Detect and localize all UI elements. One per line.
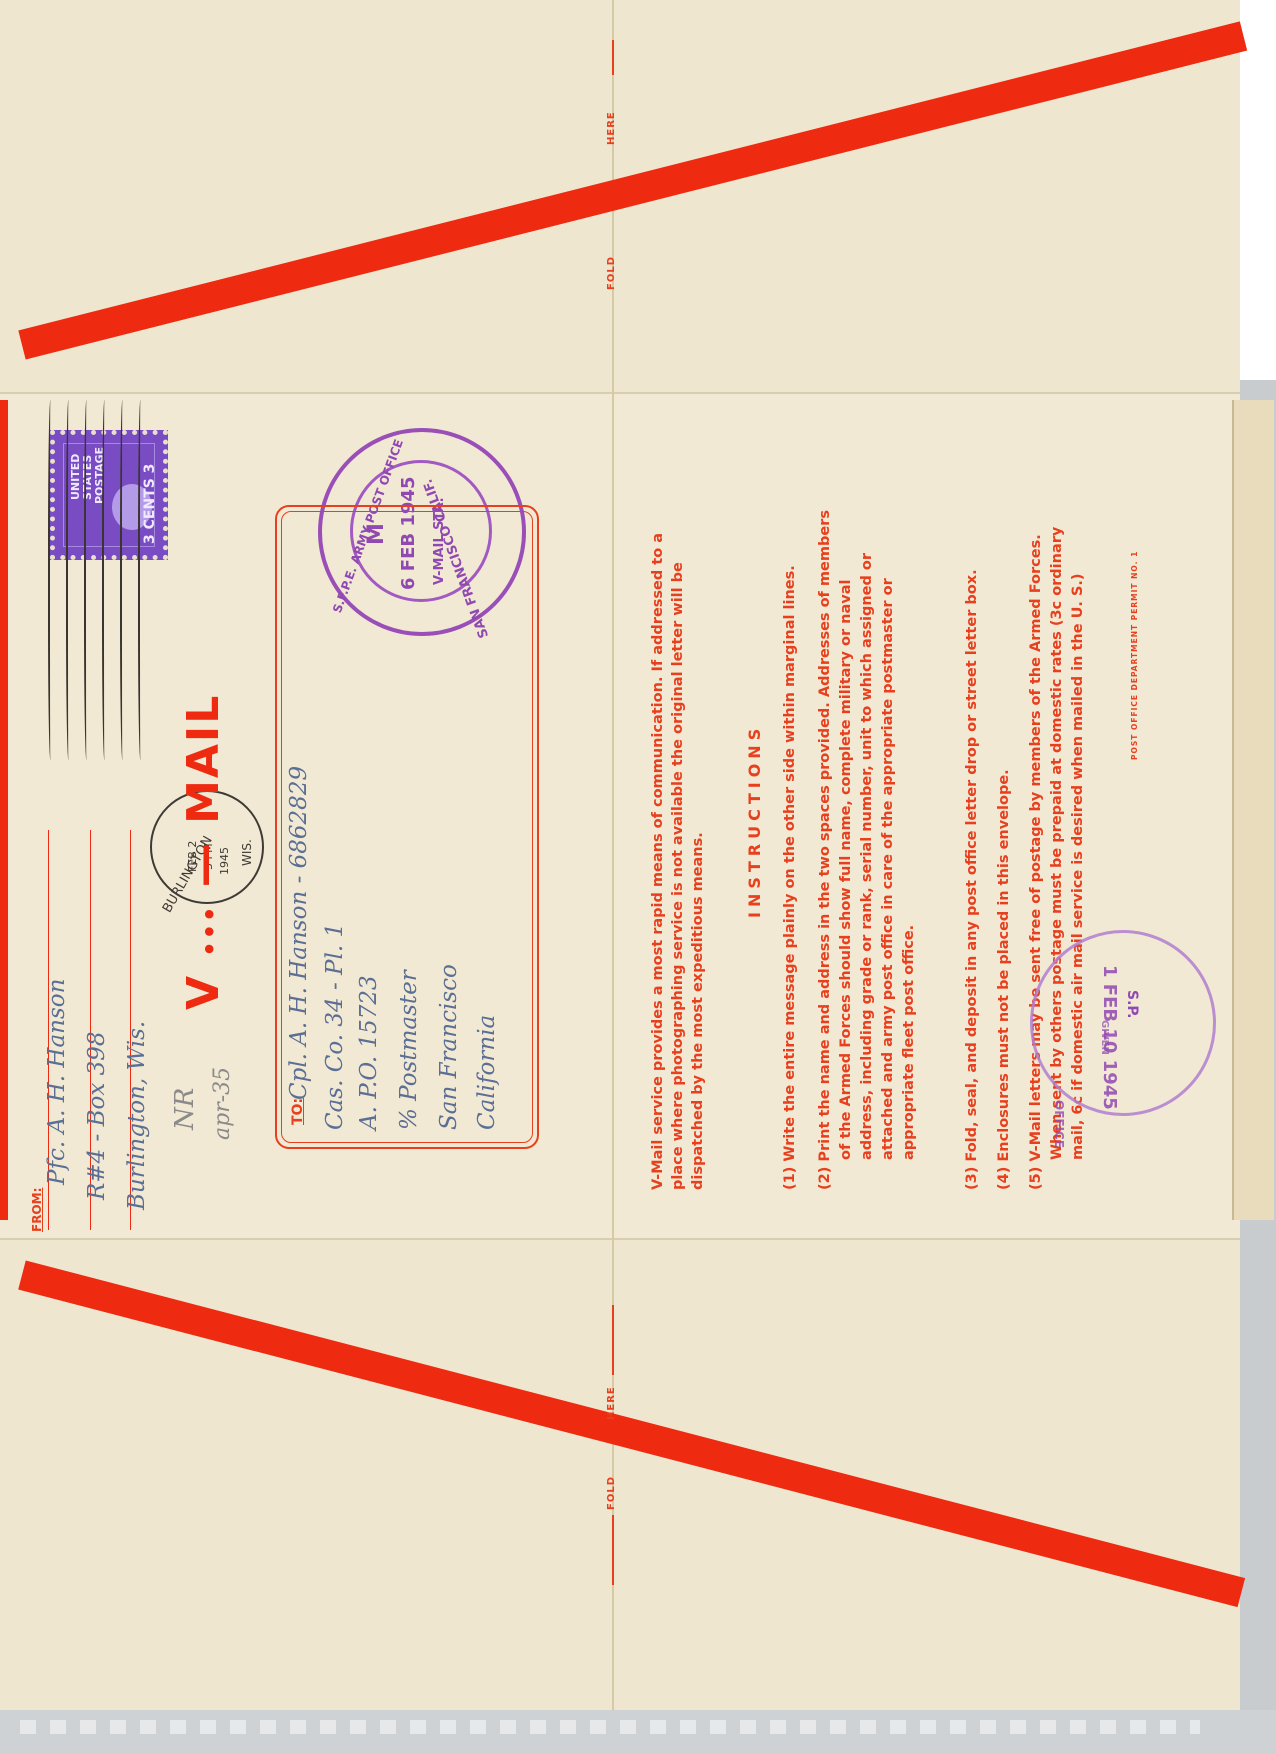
intro-line-1: V-Mail service provides a most rapid mea…: [648, 533, 668, 1190]
item-2-num: (2): [817, 1167, 833, 1190]
cancel-wave-line: [48, 400, 54, 760]
item-5-num: (5): [1028, 1167, 1044, 1190]
item-2-line-4: attached and army post office in care of…: [878, 510, 899, 1190]
vmail-title: V ••• — MAIL: [178, 694, 229, 1010]
cancel-wave-line: [138, 400, 144, 760]
to-line-4: % Postmaster: [396, 970, 422, 1130]
fold-label-bottom-fold: FOLD: [606, 1476, 617, 1510]
red-edge-stripe: [0, 400, 8, 1220]
item-3-num: (3): [964, 1167, 980, 1190]
pencil-note-1: NR: [170, 1088, 200, 1130]
permit-notice: POST OFFICE DEPARTMENT PERMIT NO. 1: [1130, 551, 1139, 760]
from-label: FROM:: [30, 1188, 44, 1232]
to-line-3: A. P.O. 15723: [356, 975, 382, 1130]
intro-line-2: place where photographing service is not…: [668, 533, 688, 1190]
postmark-sp-bottom: OFFICE: [1052, 1100, 1066, 1148]
fold-line-bottom-2: [612, 1515, 614, 1585]
item-2-line-5: appropriate fleet post office.: [899, 510, 920, 1190]
cancel-wave-line: [84, 400, 90, 760]
instruction-item-1: (1) Write the entire message plainly on …: [780, 565, 800, 1190]
instruction-item-4: (4) Enclosures must not be placed in thi…: [994, 769, 1014, 1190]
item-1-num: (1): [782, 1167, 798, 1190]
cancel-wave-line: [120, 400, 126, 760]
fold-line-top: [612, 40, 614, 75]
to-label: TO:: [290, 1098, 306, 1125]
postmark-burlington-state: WIS.: [240, 839, 254, 866]
item-2-line-2: of the Armed Forces should show full nam…: [836, 510, 857, 1190]
postmark-sp-receiving: [1030, 930, 1216, 1116]
instruction-item-3: (3) Fold, seal, and deposit in any post …: [962, 569, 982, 1190]
to-line-1: Cpl. A. H. Hanson - 6862829: [286, 766, 312, 1100]
v-stripe-bottom: [18, 1260, 1245, 1607]
instructions-intro: V-Mail service provides a most rapid mea…: [648, 533, 708, 1190]
fold-label-bottom-here: HERE: [606, 1386, 617, 1420]
item-3-line-1: Fold, seal, and deposit in any post offi…: [964, 569, 980, 1161]
v-stripe-top: [18, 21, 1247, 359]
vmail-sheet: HERE FOLD HERE FOLD UNITED STATES POSTAG…: [0, 0, 1240, 1710]
item-2-line-1: Print the name and address in the two sp…: [817, 510, 833, 1162]
intro-line-3: dispatched by the most expeditious means…: [688, 533, 708, 1190]
to-line-5: San Francisco: [436, 964, 462, 1130]
vmail-mail: MAIL: [178, 694, 229, 824]
postmark-sp-top: S.P.: [1124, 990, 1140, 1018]
pencil-note-2: apr-35: [210, 1067, 235, 1140]
cancel-wave-line: [66, 400, 72, 760]
sleeve-binder-holes: [20, 1720, 1200, 1734]
cancel-wave-line: [102, 400, 108, 760]
vmail-dots: •••: [196, 905, 224, 957]
fold-line-bottom-1: [612, 1305, 614, 1375]
instruction-item-2: (2) Print the name and address in the tw…: [815, 510, 920, 1190]
vmail-dash: —: [178, 841, 229, 887]
item-4-num: (4): [996, 1167, 1012, 1190]
to-line-6: California: [474, 1015, 500, 1130]
fold-label-top-fold: FOLD: [606, 256, 617, 290]
postmark-sp-note: GIVEN: [1099, 1020, 1110, 1055]
from-line-2: R#4 - Box 398: [84, 1031, 110, 1200]
stamp-denomination: 3 CENTS 3: [142, 464, 158, 544]
item-4-line-1: Enclosures must not be placed in this en…: [996, 769, 1012, 1161]
fold-label-top-here: HERE: [606, 111, 617, 145]
item-2-line-3: address, including grade or rank, serial…: [857, 510, 878, 1190]
to-line-2: Cas. Co. 34 - Pl. 1: [322, 923, 348, 1130]
from-line-1: Pfc. A. H. Hanson: [44, 979, 70, 1185]
envelope-flap: [1232, 400, 1274, 1220]
vmail-v: V: [178, 974, 229, 1010]
from-line-3: Burlington, Wis.: [124, 1021, 150, 1210]
instructions-title: INSTRUCTIONS: [745, 724, 764, 918]
item-1-line-1: Write the entire message plainly on the …: [782, 565, 798, 1161]
